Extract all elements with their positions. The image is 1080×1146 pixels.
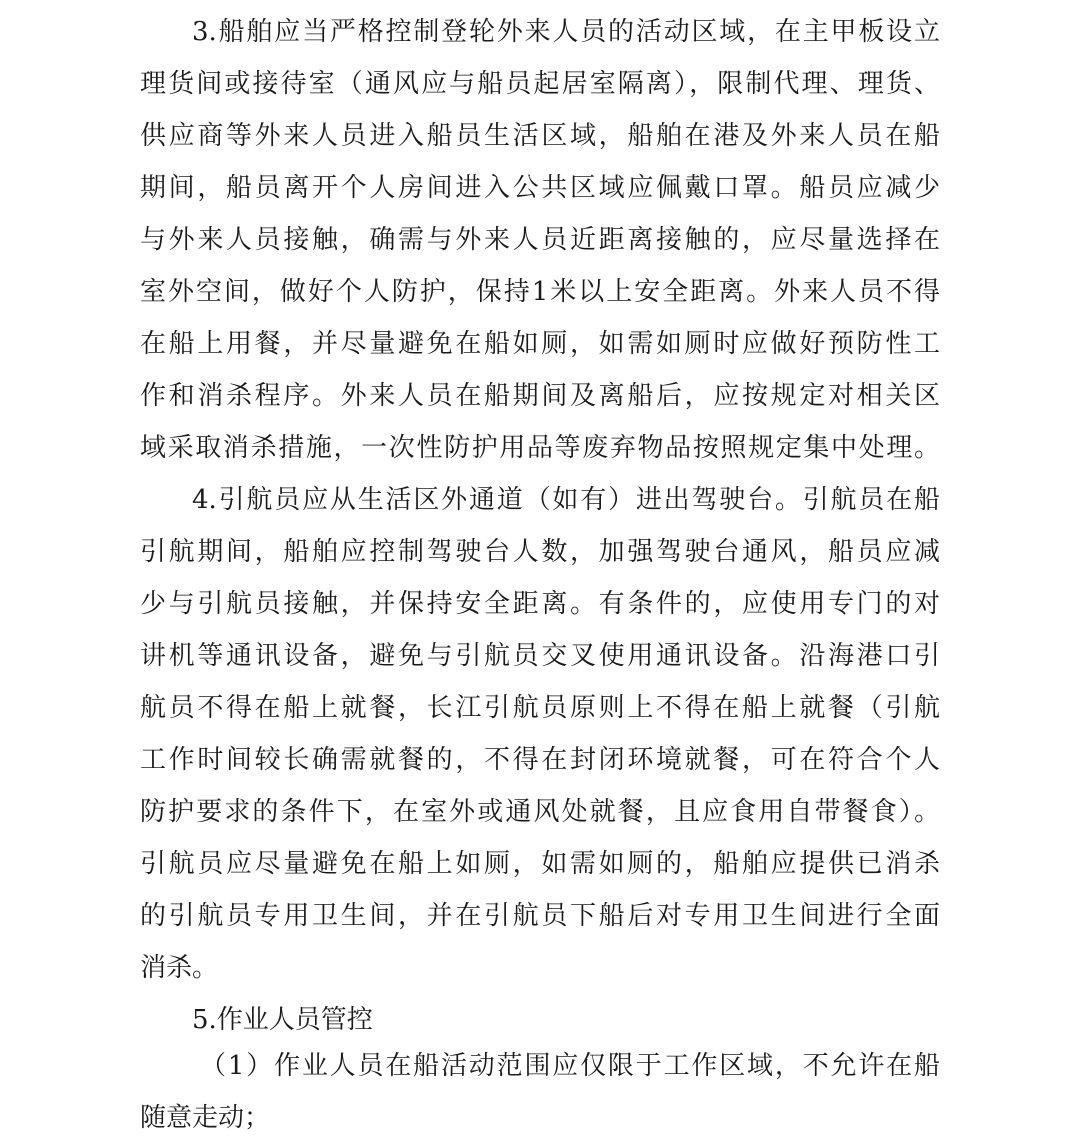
- text-line: 在船上用餐，并尽量避免在船如厕，如需如厕时应做好预防性工: [140, 318, 940, 370]
- text-line: （1）作业人员在船活动范围应仅限于工作区域，不允许在船: [200, 1040, 940, 1092]
- text-line: 航员不得在船上就餐，长江引航员原则上不得在船上就餐（引航: [140, 682, 940, 734]
- text-line: 引航员应尽量避免在船上如厕，如需如厕的，船舶应提供已消杀: [140, 838, 940, 890]
- text-line: 作和消杀程序。外来人员在船期间及离船后，应按规定对相关区: [140, 370, 940, 422]
- text-line: 消杀。: [140, 942, 940, 994]
- text-line: 域采取消杀措施，一次性防护用品等废弃物品按照规定集中处理。: [140, 422, 940, 474]
- text-line: 讲机等通讯设备，避免与引航员交叉使用通讯设备。沿海港口引: [140, 630, 940, 682]
- text-line: 工作时间较长确需就餐的，不得在封闭环境就餐，可在符合个人: [140, 734, 940, 786]
- text-line: 的引航员专用卫生间，并在引航员下船后对专用卫生间进行全面: [140, 890, 940, 942]
- document-page: 3.船舶应当严格控制登轮外来人员的活动区域，在主甲板设立 理货间或接待室（通风应…: [0, 0, 1080, 1146]
- text-line: 4.引航员应从生活区外通道（如有）进出驾驶台。引航员在船: [192, 474, 940, 526]
- text-line: 与外来人员接触，确需与外来人员近距离接触的，应尽量选择在: [140, 214, 940, 266]
- text-line: 室外空间，做好个人防护，保持1米以上安全距离。外来人员不得: [140, 266, 940, 318]
- text-line: 期间，船员离开个人房间进入公共区域应佩戴口罩。船员应减少: [140, 162, 940, 214]
- text-line: 少与引航员接触，并保持安全距离。有条件的，应使用专门的对: [140, 578, 940, 630]
- text-line: 3.船舶应当严格控制登轮外来人员的活动区域，在主甲板设立: [192, 6, 940, 58]
- heading-line: 5.作业人员管控: [192, 994, 940, 1046]
- text-line: 随意走动；: [140, 1092, 940, 1144]
- text-line: 供应商等外来人员进入船员生活区域，船舶在港及外来人员在船: [140, 110, 940, 162]
- text-line: 引航期间，船舶应控制驾驶台人数，加强驾驶台通风，船员应减: [140, 526, 940, 578]
- text-line: 理货间或接待室（通风应与船员起居室隔离），限制代理、理货、: [140, 58, 940, 110]
- text-line: 防护要求的条件下，在室外或通风处就餐，且应食用自带餐食）。: [140, 786, 940, 838]
